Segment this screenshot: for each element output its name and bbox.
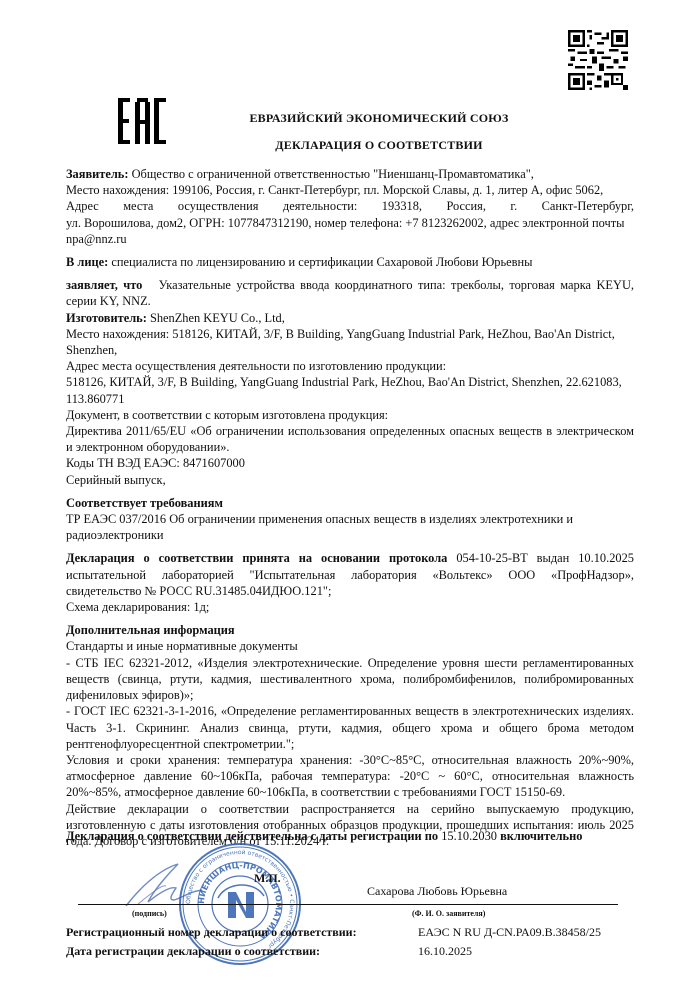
applicant-name: Общество с ограниченной ответственностью… [132,167,534,181]
requirements-text: ТР ЕАЭС 037/2016 Об ограничении применен… [66,511,634,543]
manufacturer-location: Место нахождения: 518126, КИТАЙ, 3/F, B … [66,326,634,358]
standards-label: Стандарты и иные нормативные документы [66,638,634,654]
standard-1: - СТБ IEC 62321-2012, «Изделия электроте… [66,655,634,704]
validity-suffix: включительно [500,829,582,843]
declares-label: заявляет, что [66,278,142,292]
registration-number: ЕАЭС N RU Д-CN.РА09.В.38458/25 [418,925,601,940]
manufacturer-label: Изготовитель: [66,311,147,325]
registration-date-label: Дата регистрации декларации о соответств… [66,944,320,959]
requirements-label: Соответствует требованиям [66,495,634,511]
document-title: ДЕКЛАРАЦИЯ О СООТВЕТСТВИИ [226,138,532,153]
declaration-body: Заявитель: Общество с ограниченной ответ… [66,166,634,849]
declares-line: заявляет, что Указательные устройства вв… [66,277,634,309]
validity-date: 15.10.2030 [441,829,497,843]
product-description: Указательные устройства ввода координатн… [66,278,634,308]
additional-info-label: Дополнительная информация [66,622,634,638]
applicant-location: Место нахождения: 199106, Россия, г. Сан… [66,182,634,198]
validity-label: Декларация о соответствии действительна … [66,829,438,843]
registration-date: 16.10.2025 [418,944,472,959]
manufacturer-line: Изготовитель: ShenZhen KEYU Co., Ltd, [66,310,634,326]
applicant-email: npa@nnz.ru [66,231,634,247]
seal-placeholder-label: М.П. [254,871,281,886]
declaration-scheme: Схема декларирования: 1д; [66,599,634,615]
applicant-label: Заявитель: [66,167,129,181]
basis-line: Декларация о соответствии принята на осн… [66,550,634,599]
represented-by-label: В лице: [66,255,108,269]
eac-logo [116,96,168,146]
represented-by-text: специалиста по лицензированию и сертифик… [111,255,532,269]
manufacturing-document: Директива 2011/65/EU «Об ограничении исп… [66,423,634,455]
union-title: ЕВРАЗИЙСКИЙ ЭКОНОМИЧЕСКИЙ СОЮЗ [226,111,532,126]
represented-by: В лице: специалиста по лицензированию и … [66,254,634,270]
applicant-activity-address: Адрес места осуществления деятельности: … [66,198,634,214]
manufacturer-name: ShenZhen KEYU Co., Ltd, [150,311,285,325]
production-address: 518126, КИТАЙ, 3/F, B Building, YangGuan… [66,374,634,406]
name-caption: (Ф. И. О. заявителя) [412,909,485,918]
basis-label: Декларация о соответствии принята на осн… [66,551,447,565]
tnved-codes: Коды ТН ВЭД ЕАЭС: 8471607000 [66,455,634,471]
production-address-label: Адрес места осуществления деятельности п… [66,358,634,374]
manufacturing-document-label: Документ, в соответствии с которым изгот… [66,407,634,423]
registration-number-label: Регистрационный номер декларации о соотв… [66,925,357,940]
signature-line [78,904,618,905]
applicant-activity-address-2: ул. Ворошилова, дом2, ОГРН: 107784731219… [66,215,634,231]
production-type: Серийный выпуск, [66,472,634,488]
storage-conditions: Условия и сроки хранения: температура хр… [66,752,634,801]
signer-name: Сахарова Любовь Юрьевна [367,884,507,899]
qr-code-icon [568,30,628,90]
standard-2: - ГОСТ IEC 62321-3-1-2016, «Определение … [66,703,634,752]
validity-line: Декларация о соответствии действительна … [66,829,666,844]
signature-caption: (подпись) [132,909,167,918]
applicant-name-line: Заявитель: Общество с ограниченной ответ… [66,166,634,182]
